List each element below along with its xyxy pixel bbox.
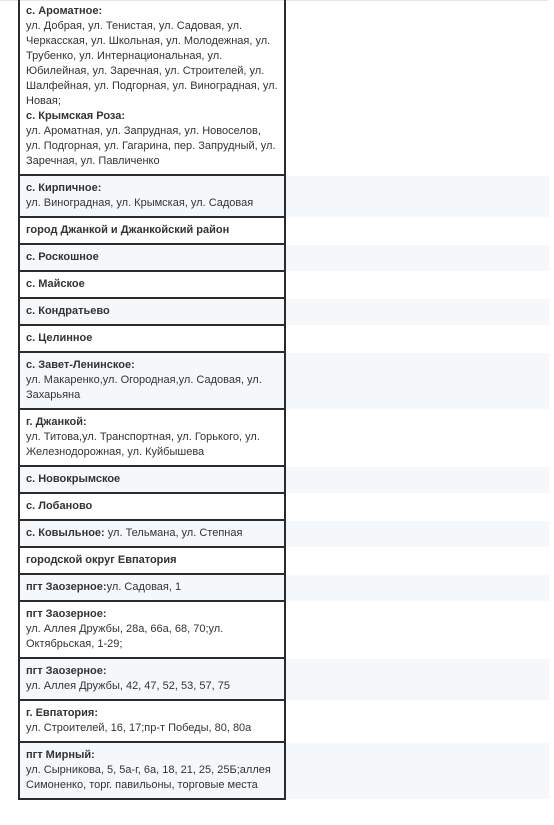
locality-title: пгт Заозерное: <box>26 607 278 622</box>
table-row: г. Джанкой:ул. Титова,ул. Транспортная, … <box>19 409 549 466</box>
locality-cell: с. Ароматное:ул. Добрая, ул. Тенистая, у… <box>19 0 285 175</box>
value-cell <box>285 742 549 799</box>
table-row: с. Завет-Ленинское:ул. Макаренко,ул. Ого… <box>19 352 549 409</box>
table-row: город Джанкой и Джанкойский район <box>19 217 549 244</box>
table-row: пгт Заозерное:ул. Садовая, 1 <box>19 574 549 601</box>
value-cell <box>285 325 549 352</box>
value-cell <box>285 601 549 658</box>
locality-title: пгт Заозерное: <box>26 581 107 593</box>
value-cell <box>285 0 549 175</box>
locality-title: с. Крымская Роза: <box>26 109 278 124</box>
value-cell <box>285 574 549 601</box>
table-row: с. Новокрымское <box>19 466 549 493</box>
value-cell <box>285 520 549 547</box>
locality-cell: с. Роскошное <box>19 244 285 271</box>
table-row: с. Кондратьево <box>19 298 549 325</box>
locality-cell: пгт Заозерное:ул. Аллея Дружбы, 42, 47, … <box>19 658 285 700</box>
locality-cell: с. Кондратьево <box>19 298 285 325</box>
table-row: с. Ковыльное: ул. Тельмана, ул. Степная <box>19 520 549 547</box>
locality-cell: городской округ Евпатория <box>19 547 285 574</box>
table-row: с. Роскошное <box>19 244 549 271</box>
table-row: городской округ Евпатория <box>19 547 549 574</box>
locality-title: с. Кирпичное: <box>26 181 278 196</box>
locality-cell: с. Ковыльное: ул. Тельмана, ул. Степная <box>19 520 285 547</box>
address-table-body: с. Ароматное:ул. Добрая, ул. Тенистая, у… <box>19 0 549 799</box>
street-list: ул. Титова,ул. Транспортная, ул. Горьког… <box>26 430 278 460</box>
locality-title: пгт Заозерное: <box>26 664 278 679</box>
locality-cell: г. Джанкой:ул. Титова,ул. Транспортная, … <box>19 409 285 466</box>
locality-title: с. Ароматное: <box>26 4 278 19</box>
table-row: г. Евпатория:ул. Строителей, 16, 17;пр-т… <box>19 700 549 742</box>
locality-title: пгт Мирный: <box>26 748 278 763</box>
locality-title: с. Майское <box>26 277 278 292</box>
value-cell <box>285 466 549 493</box>
value-cell <box>285 700 549 742</box>
value-cell <box>285 658 549 700</box>
locality-cell: пгт Заозерное:ул. Аллея Дружбы, 28а, 66а… <box>19 601 285 658</box>
locality-cell: с. Майское <box>19 271 285 298</box>
locality-title: г. Джанкой: <box>26 415 278 430</box>
value-cell <box>285 547 549 574</box>
street-list: ул. Ароматная, ул. Запрудная, ул. Новосе… <box>26 124 278 169</box>
value-cell <box>285 493 549 520</box>
value-cell <box>285 217 549 244</box>
value-cell <box>285 409 549 466</box>
table-row: пгт Заозерное:ул. Аллея Дружбы, 42, 47, … <box>19 658 549 700</box>
locality-title: с. Ковыльное: <box>26 527 105 539</box>
street-list: ул. Тельмана, ул. Степная <box>105 527 243 539</box>
locality-title: с. Кондратьево <box>26 304 278 319</box>
table-row: с. Майское <box>19 271 549 298</box>
table-row: с. Лобаново <box>19 493 549 520</box>
locality-title: город Джанкой и Джанкойский район <box>26 223 278 238</box>
locality-cell: с. Кирпичное:ул. Виноградная, ул. Крымск… <box>19 175 285 217</box>
locality-cell: г. Евпатория:ул. Строителей, 16, 17;пр-т… <box>19 700 285 742</box>
table-row: с. Ароматное:ул. Добрая, ул. Тенистая, у… <box>19 0 549 175</box>
table-row: пгт Заозерное:ул. Аллея Дружбы, 28а, 66а… <box>19 601 549 658</box>
locality-cell: пгт Мирный:ул. Сырникова, 5, 5а-г, 6а, 1… <box>19 742 285 799</box>
locality-title: с. Новокрымское <box>26 472 278 487</box>
locality-title: с. Роскошное <box>26 250 278 265</box>
locality-title: с. Лобаново <box>26 499 278 514</box>
locality-cell: пгт Заозерное:ул. Садовая, 1 <box>19 574 285 601</box>
table-row: с. Кирпичное:ул. Виноградная, ул. Крымск… <box>19 175 549 217</box>
locality-cell: с. Новокрымское <box>19 466 285 493</box>
locality-title: городской округ Евпатория <box>26 553 278 568</box>
value-cell <box>285 352 549 409</box>
street-list: ул. Сырникова, 5, 5а-г, 6а, 18, 21, 25, … <box>26 763 278 793</box>
value-cell <box>285 175 549 217</box>
locality-title: г. Евпатория: <box>26 706 278 721</box>
table-row: с. Целинное <box>19 325 549 352</box>
locality-title: с. Завет-Ленинское: <box>26 358 278 373</box>
value-cell <box>285 271 549 298</box>
locality-cell: город Джанкой и Джанкойский район <box>19 217 285 244</box>
street-list: ул. Строителей, 16, 17;пр-т Победы, 80, … <box>26 721 278 736</box>
street-list: ул. Аллея Дружбы, 42, 47, 52, 53, 57, 75 <box>26 679 278 694</box>
street-list: ул. Добрая, ул. Тенистая, ул. Садовая, у… <box>26 19 278 109</box>
address-table: с. Ароматное:ул. Добрая, ул. Тенистая, у… <box>18 0 549 800</box>
locality-cell: с. Целинное <box>19 325 285 352</box>
street-list: ул. Садовая, 1 <box>107 581 182 593</box>
street-list: ул. Аллея Дружбы, 28а, 66а, 68, 70;ул. О… <box>26 622 278 652</box>
street-list: ул. Макаренко,ул. Огородная,ул. Садовая,… <box>26 373 278 403</box>
value-cell <box>285 244 549 271</box>
street-list: ул. Виноградная, ул. Крымская, ул. Садов… <box>26 196 278 211</box>
table-row: пгт Мирный:ул. Сырникова, 5, 5а-г, 6а, 1… <box>19 742 549 799</box>
locality-cell: с. Завет-Ленинское:ул. Макаренко,ул. Ого… <box>19 352 285 409</box>
value-cell <box>285 298 549 325</box>
locality-cell: с. Лобаново <box>19 493 285 520</box>
locality-title: с. Целинное <box>26 331 278 346</box>
